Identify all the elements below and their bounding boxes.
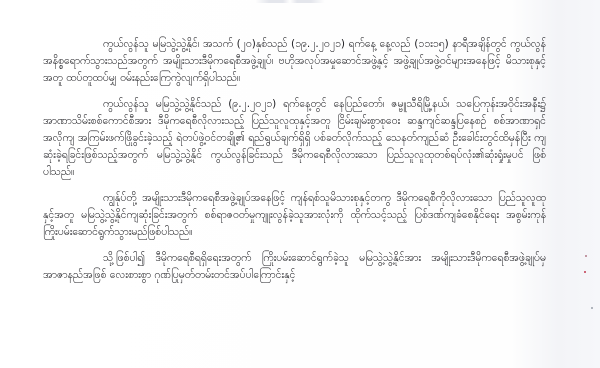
statement-body: ကွယ်လွန်သူ မမြသွဲ့သွဲ့နိုင်၊ အသက် (၂၀)နှ… (43, 36, 546, 293)
scan-speck (591, 307, 593, 309)
scan-speck (160, 102, 161, 103)
paragraph-text: ကွယ်လွန်သူ မမြသွဲ့သွဲ့နိုင်၊ အသက် (၂၀)နှ… (43, 38, 546, 84)
scan-speck (585, 255, 587, 257)
page-top-edge-mark (255, 0, 325, 3)
paragraph-condolence: ကွယ်လွန်သူ မမြသွဲ့သွဲ့နိုင်၊ အသက် (၂၀)နှ… (43, 36, 546, 87)
scan-speck (584, 271, 586, 273)
paragraph-text: ကွယ်လွန်သူ မမြသွဲ့သွဲ့နိုင်သည် (၉.၂.၂၀၂၁… (43, 98, 546, 178)
paragraph-text: သို့ဖြစ်ပါ၍ ဒီမိုကရေစီရရှိရေးအတွက် ကြိုး… (43, 252, 546, 281)
document-page: ကွယ်လွန်သူ မမြသွဲ့သွဲ့နိုင်၊ အသက် (၂၀)နှ… (0, 0, 600, 368)
paragraph-incident: ကွယ်လွန်သူ မမြသွဲ့သွဲ့နိုင်သည် (၉.၂.၂၀၂၁… (43, 96, 546, 181)
paragraph-commitment: ကျွန်ုပ်တို့ အမျိုးသားဒီမိုကရေစီအဖွဲ့ချု… (43, 190, 546, 241)
paragraph-text: ကျွန်ုပ်တို့ အမျိုးသားဒီမိုကရေစီအဖွဲ့ချု… (43, 192, 546, 238)
paragraph-honor: သို့ဖြစ်ပါ၍ ဒီမိုကရေစီရရှိရေးအတွက် ကြိုး… (43, 250, 546, 284)
